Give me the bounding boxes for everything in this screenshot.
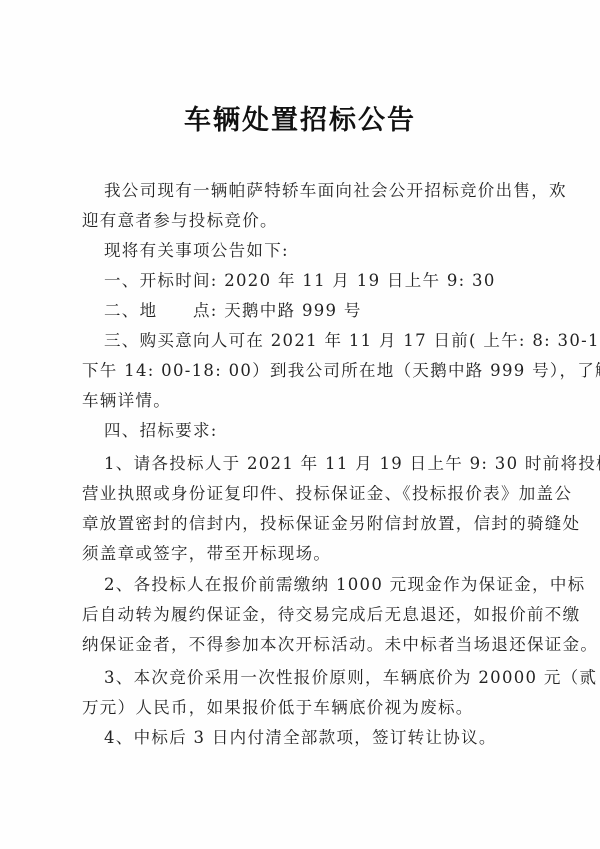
document-page: 车辆处置招标公告 我公司现有一辆帕萨特轿车面向社会公开招标竞价出售，欢 迎有意者…: [0, 0, 600, 849]
requirement-1-line-3: 章放置密封的信封内，投标保证金另附信封放置，信封的骑缝处: [82, 510, 542, 534]
section-2-location: 二、地 点: 天鹅中路 999 号: [104, 297, 564, 321]
section-3-line-3: 车辆详情。: [82, 387, 542, 411]
requirement-2-line-3: 纳保证金者，不得参加本次开标活动。未中标者当场退还保证金。: [82, 631, 542, 655]
requirement-2-line-1: 2、各投标人在报价前需缴纳 1000 元现金作为保证金，中标: [104, 571, 564, 595]
section-3-line-1: 三、购买意向人可在 2021 年 11 月 17 日前( 上午: 8: 30-1…: [104, 327, 564, 351]
requirement-1-line-2: 营业执照或身份证复印件、投标保证金、《投标报价表》加盖公: [82, 480, 542, 504]
section-4-heading: 四、招标要求:: [104, 417, 564, 441]
intro-line-2: 迎有意者参与投标竞价。: [82, 207, 542, 231]
lead-text: 现将有关事项公告如下:: [104, 237, 564, 261]
requirement-2-line-2: 后自动转为履约保证金，待交易完成后无息退还，如报价前不缴: [82, 601, 542, 625]
requirement-1-line-4: 须盖章或签字，带至开标现场。: [82, 540, 542, 564]
intro-line-1: 我公司现有一辆帕萨特轿车面向社会公开招标竞价出售，欢: [104, 177, 564, 201]
document-title: 车辆处置招标公告: [0, 98, 600, 137]
requirement-3-line-2: 万元）人民币，如果报价低于车辆底价视为废标。: [82, 694, 542, 718]
section-3-line-2: 下午 14: 00-18: 00）到我公司所在地（天鹅中路 999 号），了解: [82, 357, 542, 381]
section-1-bid-time: 一、开标时间: 2020 年 11 月 19 日上午 9: 30: [104, 267, 564, 291]
requirement-1-line-1: 1、请各投标人于 2021 年 11 月 19 日上午 9: 30 时前将投标人: [104, 450, 564, 474]
requirement-3-line-1: 3、本次竞价采用一次性报价原则，车辆底价为 20000 元（贰: [104, 664, 564, 688]
requirement-4: 4、中标后 3 日内付清全部款项，签订转让协议。: [104, 724, 564, 748]
